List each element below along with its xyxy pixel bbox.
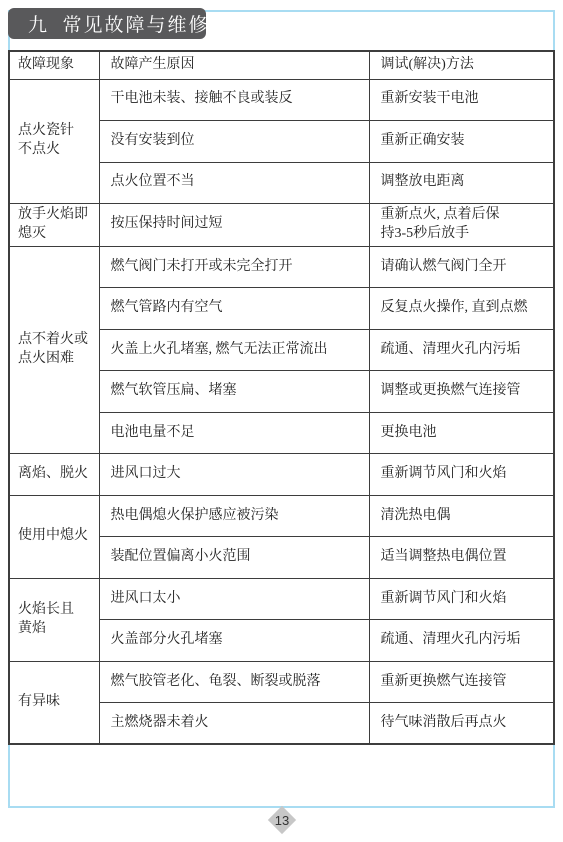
cause-cell: 按压保持时间过短 bbox=[99, 204, 369, 247]
cause-cell: 电池电量不足 bbox=[99, 412, 369, 454]
fix-cell: 疏通、清理火孔内污垢 bbox=[369, 620, 554, 662]
cause-cell: 进风口过大 bbox=[99, 454, 369, 496]
fix-cell: 重新调节风门和火焰 bbox=[369, 454, 554, 496]
fix-cell: 更换电池 bbox=[369, 412, 554, 454]
fix-cell: 重新调节风门和火焰 bbox=[369, 578, 554, 620]
table-row: 放手火焰即 熄灭 按压保持时间过短 重新点火, 点着后保 持3-5秒后放手 bbox=[9, 204, 554, 247]
cause-cell: 没有安装到位 bbox=[99, 121, 369, 163]
symptom-cell: 点火瓷针 不点火 bbox=[9, 79, 99, 204]
fix-cell: 调整或更换燃气连接管 bbox=[369, 371, 554, 413]
page-number-diamond: 13 bbox=[268, 806, 296, 834]
header-cause: 故障产生原因 bbox=[99, 51, 369, 79]
cause-cell: 火盖上火孔堵塞, 燃气无法正常流出 bbox=[99, 329, 369, 371]
cause-cell: 燃气管路内有空气 bbox=[99, 288, 369, 330]
fix-cell: 重新点火, 点着后保 持3-5秒后放手 bbox=[369, 204, 554, 247]
cause-cell: 主燃烧器未着火 bbox=[99, 703, 369, 745]
table-row: 火焰长且 黄焰 进风口太小 重新调节风门和火焰 bbox=[9, 578, 554, 620]
table-row: 有异味 燃气胶管老化、龟裂、断裂或脱落 重新更换燃气连接管 bbox=[9, 661, 554, 703]
cause-cell: 进风口太小 bbox=[99, 578, 369, 620]
section-title: 九 常见故障与维修 bbox=[28, 10, 210, 37]
cause-cell: 干电池未装、接触不良或装反 bbox=[99, 79, 369, 121]
symptom-cell: 有异味 bbox=[9, 661, 99, 744]
cause-cell: 燃气阀门未打开或未完全打开 bbox=[99, 246, 369, 288]
fault-table: 故障现象 故障产生原因 调试(解决)方法 点火瓷针 不点火 干电池未装、接触不良… bbox=[8, 50, 555, 745]
symptom-cell: 火焰长且 黄焰 bbox=[9, 578, 99, 661]
header-symptom: 故障现象 bbox=[9, 51, 99, 79]
fix-cell: 重新正确安装 bbox=[369, 121, 554, 163]
table-row: 离焰、脱火 进风口过大 重新调节风门和火焰 bbox=[9, 454, 554, 496]
cause-cell: 点火位置不当 bbox=[99, 162, 369, 204]
table-header-row: 故障现象 故障产生原因 调试(解决)方法 bbox=[9, 51, 554, 79]
fix-cell: 重新安装干电池 bbox=[369, 79, 554, 121]
cause-cell: 燃气胶管老化、龟裂、断裂或脱落 bbox=[99, 661, 369, 703]
fix-cell: 重新更换燃气连接管 bbox=[369, 661, 554, 703]
symptom-cell: 离焰、脱火 bbox=[9, 454, 99, 496]
cause-cell: 装配位置偏离小火范围 bbox=[99, 537, 369, 579]
cause-cell: 燃气软管压扁、堵塞 bbox=[99, 371, 369, 413]
fix-cell: 反复点火操作, 直到点燃 bbox=[369, 288, 554, 330]
page-number: 13 bbox=[275, 813, 289, 828]
section-banner: 九 常见故障与维修 bbox=[8, 8, 206, 39]
fix-cell: 清洗热电偶 bbox=[369, 495, 554, 537]
fix-cell: 待气味消散后再点火 bbox=[369, 703, 554, 745]
cause-cell: 火盖部分火孔堵塞 bbox=[99, 620, 369, 662]
fix-cell: 请确认燃气阀门全开 bbox=[369, 246, 554, 288]
symptom-cell: 使用中熄火 bbox=[9, 495, 99, 578]
fix-cell: 适当调整热电偶位置 bbox=[369, 537, 554, 579]
symptom-cell: 点不着火或 点火困难 bbox=[9, 246, 99, 454]
table-row: 使用中熄火 热电偶熄火保护感应被污染 清洗热电偶 bbox=[9, 495, 554, 537]
header-fix: 调试(解决)方法 bbox=[369, 51, 554, 79]
table-row: 点火瓷针 不点火 干电池未装、接触不良或装反 重新安装干电池 bbox=[9, 79, 554, 121]
fix-cell: 疏通、清理火孔内污垢 bbox=[369, 329, 554, 371]
table-row: 点不着火或 点火困难 燃气阀门未打开或未完全打开 请确认燃气阀门全开 bbox=[9, 246, 554, 288]
symptom-cell: 放手火焰即 熄灭 bbox=[9, 204, 99, 247]
cause-cell: 热电偶熄火保护感应被污染 bbox=[99, 495, 369, 537]
fix-cell: 调整放电距离 bbox=[369, 162, 554, 204]
